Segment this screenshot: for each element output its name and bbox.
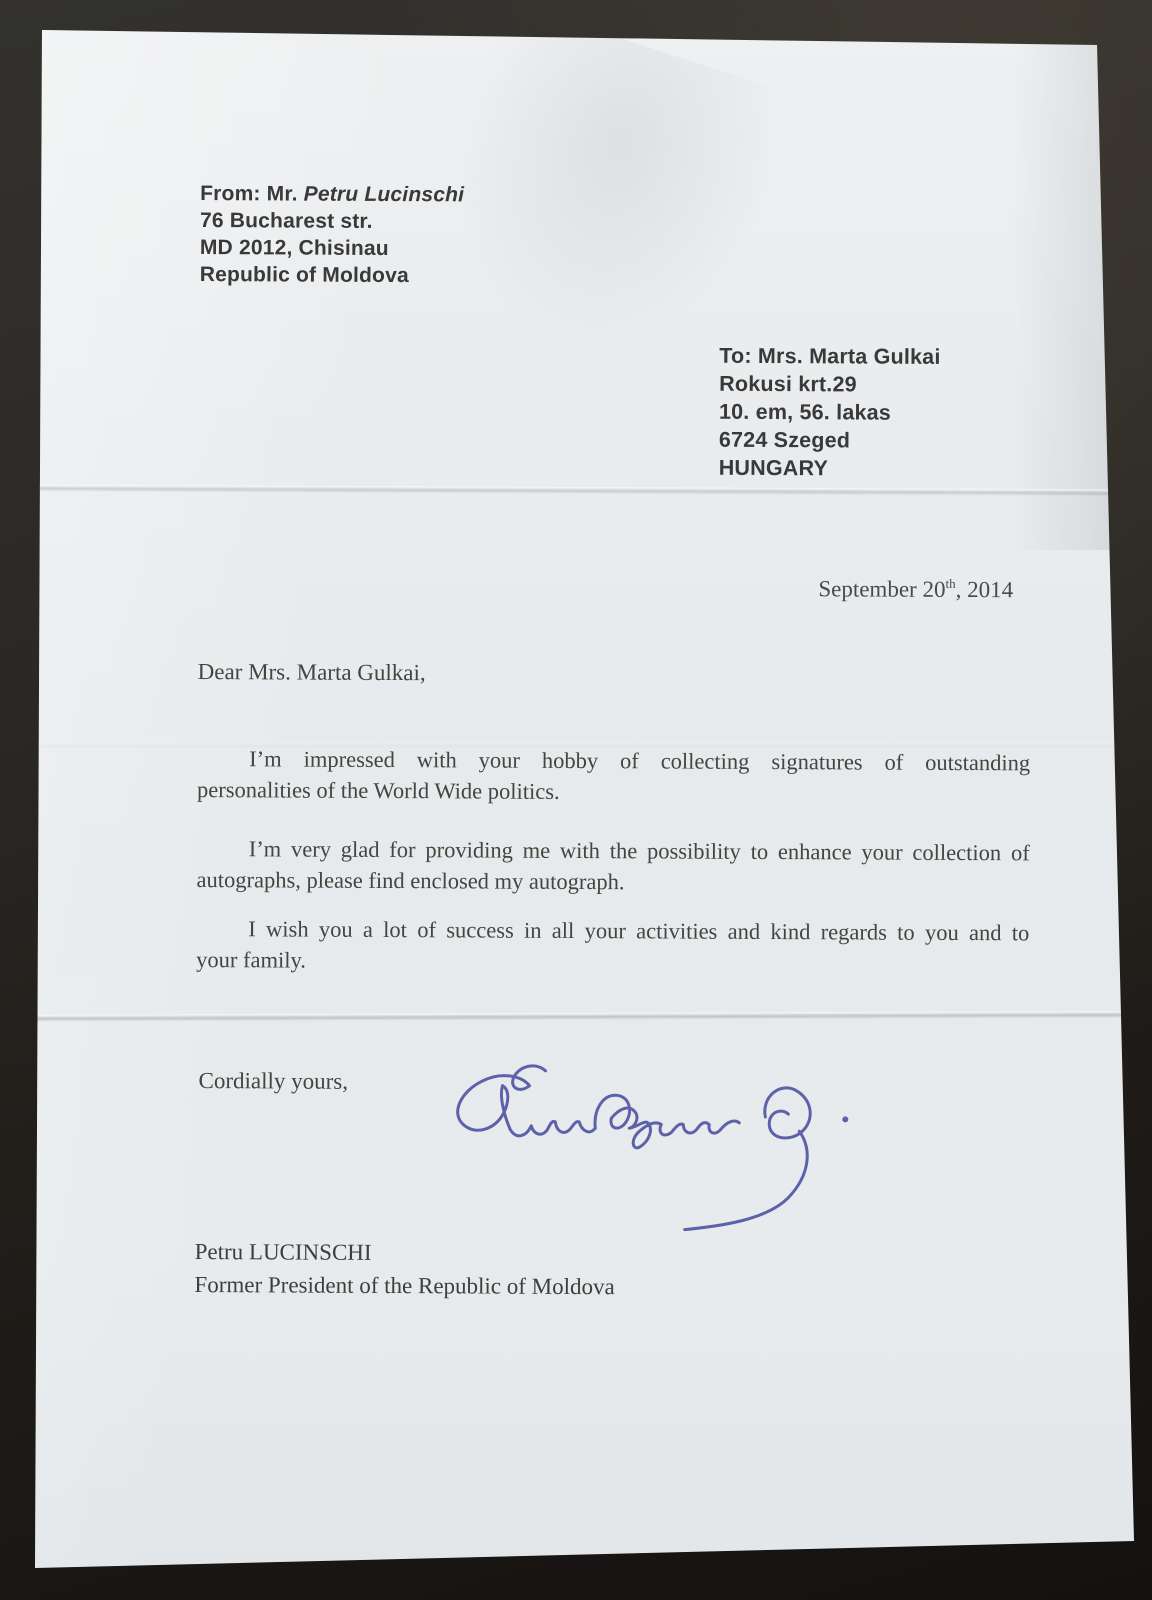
recipient-address-line: To: Mrs. Marta Gulkai <box>719 342 940 371</box>
salutation: Dear Mrs. Marta Gulkai, <box>198 659 426 686</box>
paragraph-line: personalities of the World Wide politics… <box>197 774 1030 809</box>
signer-title: Former President of the Republic of Mold… <box>194 1268 614 1303</box>
body-paragraph-3: I wish you a lot of success in all your … <box>196 913 1029 979</box>
paragraph-line: I wish you a lot of success in all your … <box>196 913 1029 948</box>
paragraph-line: autographs, please find enclosed my auto… <box>196 864 1029 899</box>
paragraph-line: your family. <box>196 944 1029 979</box>
paragraph-line: I’m very glad for providing me with the … <box>197 833 1030 868</box>
letter-paper: From: Mr. Petru Lucinschi 76 Bucharest s… <box>0 0 1152 1600</box>
recipient-address-line: HUNGARY <box>719 454 940 483</box>
signature-block: Petru LUCINSCHI Former President of the … <box>194 1235 615 1303</box>
signer-name: Petru LUCINSCHI <box>195 1235 615 1270</box>
sender-address-line: MD 2012, Chisinau <box>200 234 464 262</box>
sender-name-line: From: Mr. Petru Lucinschi <box>200 180 464 208</box>
photo-background: From: Mr. Petru Lucinschi 76 Bucharest s… <box>0 0 1152 1600</box>
sender-name: Petru Lucinschi <box>304 183 465 207</box>
handwritten-signature <box>443 1055 864 1247</box>
closing-phrase: Cordially yours, <box>198 1068 348 1095</box>
recipient-address-line: 6724 Szeged <box>719 426 940 455</box>
body-paragraph-2: I’m very glad for providing me with the … <box>196 833 1029 899</box>
date-ordinal-superscript: th <box>945 576 955 591</box>
sender-prefix: From: Mr. <box>200 182 304 206</box>
sender-address-line: 76 Bucharest str. <box>200 207 464 235</box>
letter-content: From: Mr. Petru Lucinschi 76 Bucharest s… <box>0 0 1152 1600</box>
sender-address-line: Republic of Moldova <box>200 261 464 289</box>
date-suffix: , 2014 <box>956 577 1014 602</box>
sender-address-block: From: Mr. Petru Lucinschi 76 Bucharest s… <box>200 180 465 289</box>
recipient-address-block: To: Mrs. Marta Gulkai Rokusi krt.29 10. … <box>719 342 941 483</box>
recipient-address-line: 10. em, 56. lakas <box>719 398 940 427</box>
recipient-address-line: Rokusi krt.29 <box>719 370 940 399</box>
date-line: September 20th, 2014 <box>561 574 1013 603</box>
date-prefix: September 20 <box>818 576 945 602</box>
body-paragraph-1: I’m impressed with your hobby of collect… <box>197 743 1030 809</box>
paragraph-line: I’m impressed with your hobby of collect… <box>197 743 1030 778</box>
